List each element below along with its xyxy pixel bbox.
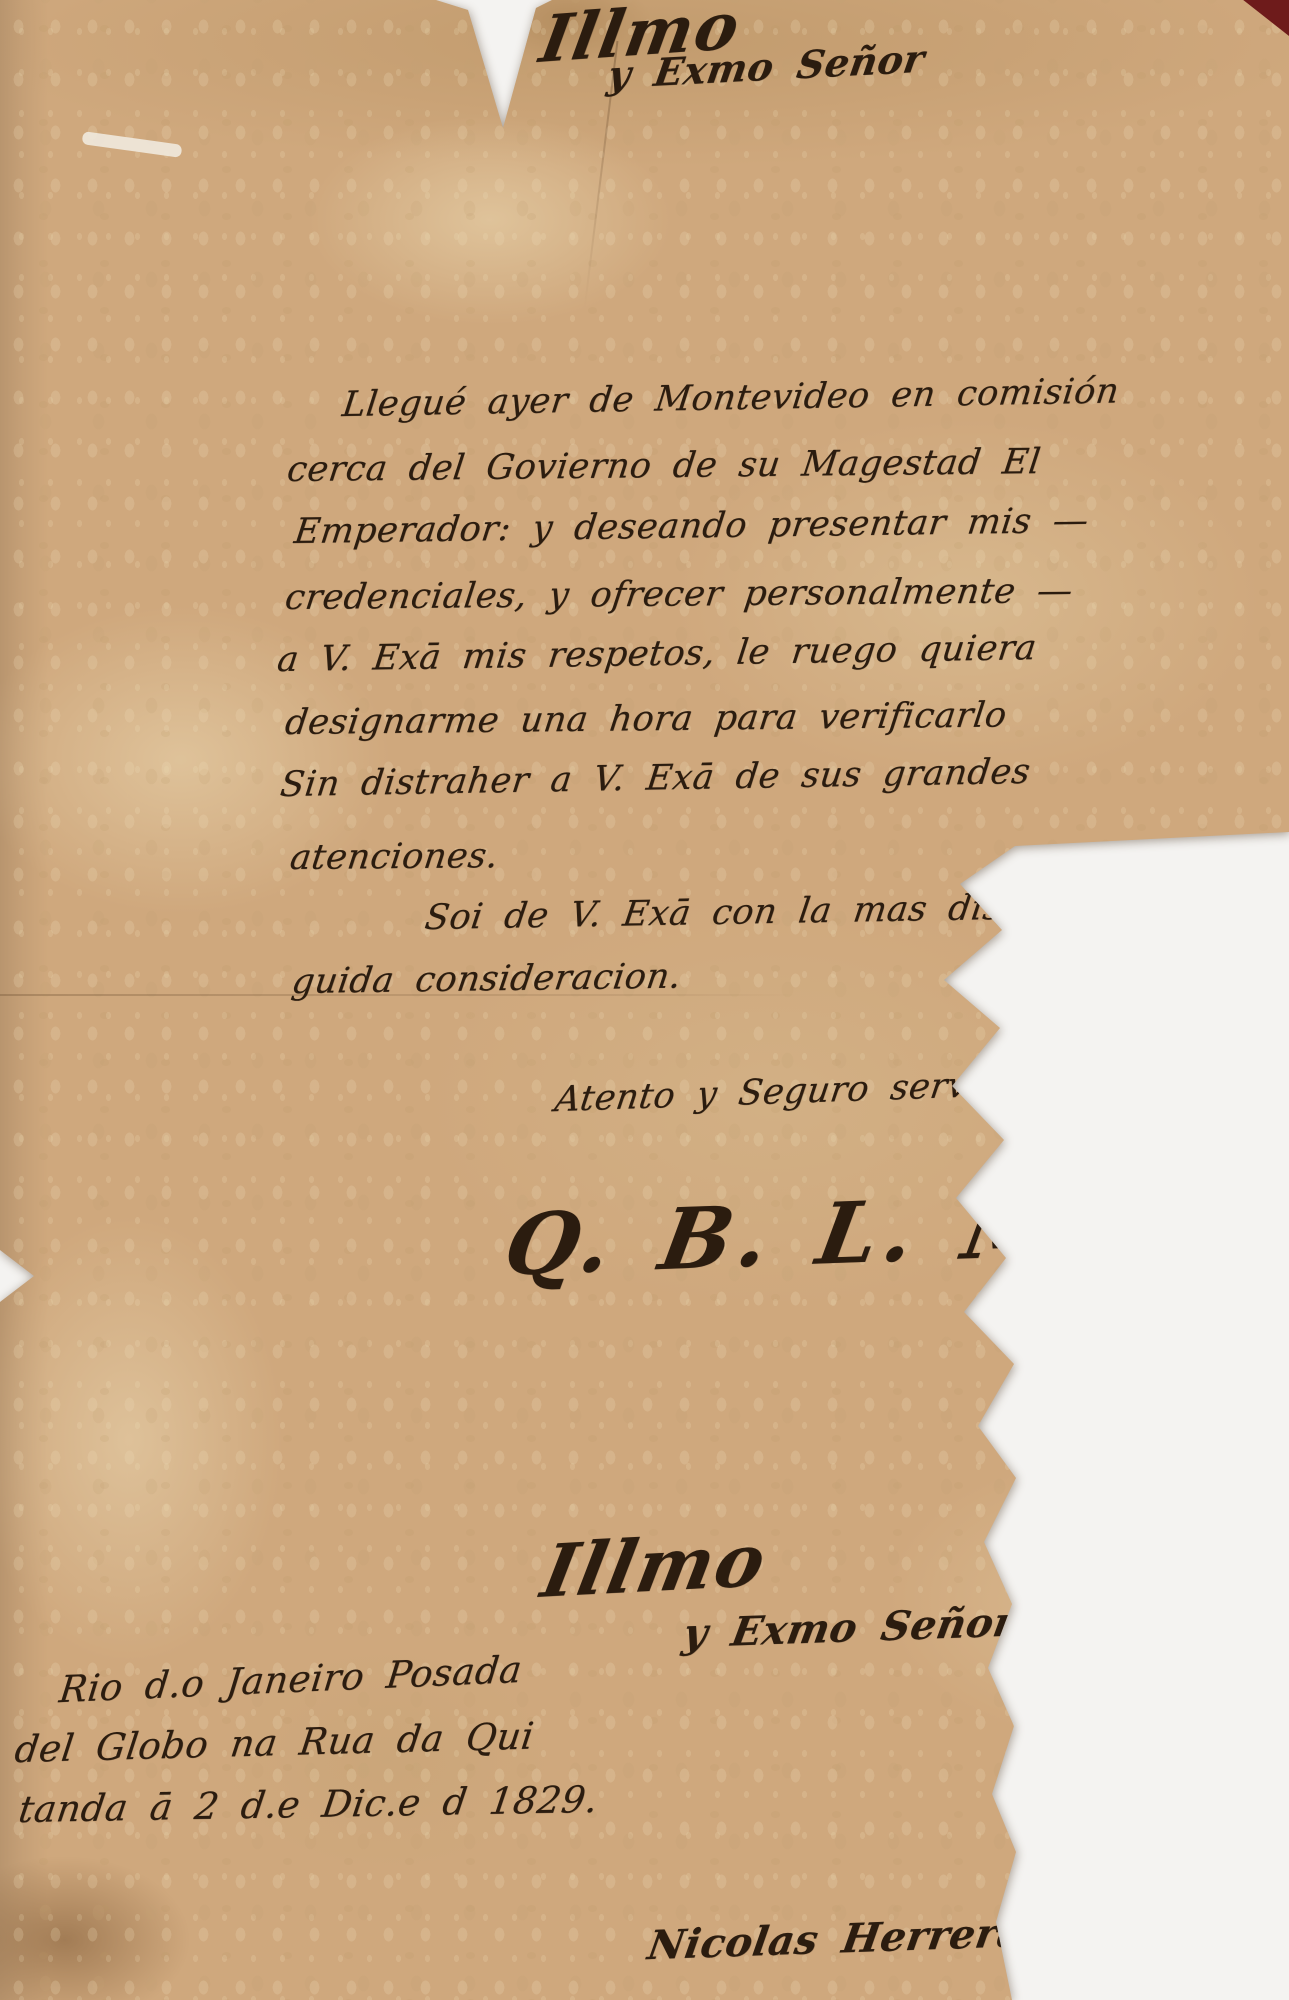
body-line-8: atenciones.: [288, 836, 501, 878]
body-line-4: credenciales, y ofrecer personalmente —: [283, 571, 1076, 618]
paper-sheet: Illmo y Exmo Señor Llegué ayer de Montev…: [0, 0, 1289, 2000]
manuscript-photo: Illmo y Exmo Señor Llegué ayer de Montev…: [0, 0, 1289, 2000]
body-line-6: designarme una hora para verificarlo: [283, 695, 1009, 743]
salutation-bottom-monogram: Illmo: [535, 1516, 774, 1614]
body-line-2: cerca del Govierno de su Magestad El: [285, 442, 1043, 490]
closing-line-2: guida consideracion.: [289, 957, 684, 1003]
